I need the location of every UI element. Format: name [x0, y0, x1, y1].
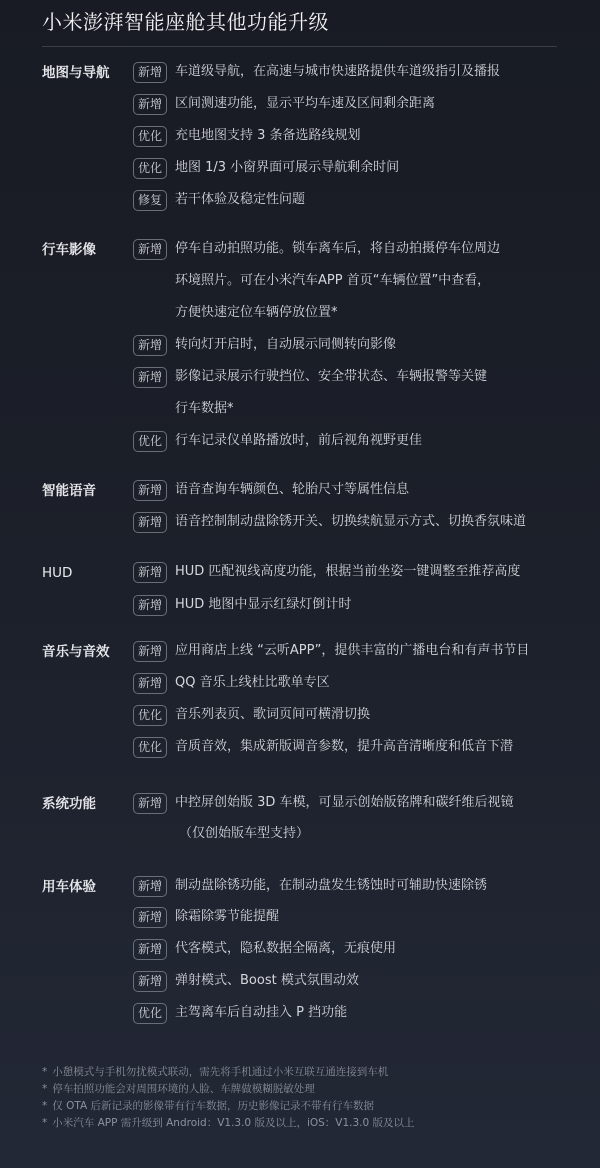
tag-badge: 新增: [133, 94, 167, 115]
feature-text: （仅创始版车型支持）: [179, 823, 309, 845]
footnote: *小憩模式与手机勿扰模式联动，需先将手机通过小米互联互通连接到车机: [42, 1064, 600, 1081]
tag-badge: 新增: [133, 62, 167, 83]
feature-text: 行车数据*: [175, 398, 234, 420]
category-label: 行车影像: [42, 239, 96, 261]
footnote: *仅 OTA 后新记录的影像带有行车数据，历史影像记录不带有行车数据: [42, 1098, 600, 1115]
tag-badge: 优化: [133, 1003, 167, 1024]
feature-text: 行车记录仪单路播放时，前后视角视野更佳: [175, 430, 422, 452]
category-label: 地图与导航: [42, 62, 110, 84]
category-label: HUD: [42, 562, 72, 584]
footnote-marker: *: [42, 1083, 47, 1095]
tag-badge: 优化: [133, 737, 167, 758]
feature-text: 影像记录展示行驶挡位、安全带状态、车辆报警等关键: [175, 366, 487, 388]
feature-text: 区间测速功能，显示平均车速及区间剩余距离: [175, 93, 435, 115]
tag-badge: 新增: [133, 367, 167, 388]
feature-text: 主驾离车后自动挂入 P 挡功能: [175, 1002, 347, 1024]
footnote: *停车拍照功能会对周围环境的人脸、车牌做模糊脱敏处理: [42, 1081, 600, 1098]
footnote-marker: *: [42, 1100, 47, 1112]
page-title: 小米澎湃智能座舱其他功能升级: [42, 6, 329, 35]
feature-text: 语音查询车辆颜色、轮胎尺寸等属性信息: [175, 479, 409, 501]
feature-text: QQ 音乐上线杜比歌单专区: [175, 672, 330, 694]
feature-text: 充电地图支持 3 条备选路线规划: [175, 125, 361, 147]
feature-text: HUD 地图中显示红绿灯倒计时: [175, 594, 351, 616]
feature-text: 音质音效，集成新版调音参数，提升高音清晰度和低音下潜: [175, 736, 513, 758]
feature-text: 制动盘除锈功能，在制动盘发生锈蚀时可辅助快速除锈: [175, 875, 487, 897]
tag-badge: 新增: [133, 512, 167, 533]
tag-badge: 新增: [133, 641, 167, 662]
tag-badge: 优化: [133, 158, 167, 179]
footnotes: *小憩模式与手机勿扰模式联动，需先将手机通过小米互联互通连接到车机 *停车拍照功…: [42, 1064, 600, 1132]
feature-text: 转向灯开启时，自动展示同侧转向影像: [175, 334, 396, 356]
tag-badge: 新增: [133, 595, 167, 616]
title-divider: [42, 46, 557, 47]
tag-badge: 新增: [133, 562, 167, 583]
footnote-text: 小憩模式与手机勿扰模式联动，需先将手机通过小米互联互通连接到车机: [52, 1066, 388, 1078]
tag-badge: 优化: [133, 431, 167, 452]
tag-badge: 新增: [133, 939, 167, 960]
feature-text: 方便快速定位车辆停放位置*: [175, 302, 338, 324]
feature-text: 代客模式，隐私数据全隔离，无痕使用: [175, 938, 396, 960]
footnote-text: 小米汽车 APP 需升级到 Android：V1.3.0 版及以上，iOS：V1…: [52, 1117, 414, 1129]
tag-badge: 新增: [133, 480, 167, 501]
footnote-text: 仅 OTA 后新记录的影像带有行车数据，历史影像记录不带有行车数据: [52, 1100, 374, 1112]
feature-text: 地图 1/3 小窗界面可展示导航剩余时间: [175, 157, 399, 179]
category-label: 用车体验: [42, 876, 96, 898]
feature-text: 弹射模式、Boost 模式氛围动效: [175, 970, 359, 992]
feature-text: 中控屏创始版 3D 车模，可显示创始版铭牌和碳纤维后视镜: [175, 792, 514, 814]
feature-text: 除霜除雾节能提醒: [175, 906, 279, 928]
footnote: *小米汽车 APP 需升级到 Android：V1.3.0 版及以上，iOS：V…: [42, 1115, 600, 1132]
tag-badge: 新增: [133, 239, 167, 260]
category-label: 系统功能: [42, 793, 96, 815]
tag-badge: 新增: [133, 673, 167, 694]
feature-text: 若干体验及稳定性问题: [175, 189, 305, 211]
feature-text: HUD 匹配视线高度功能，根据当前坐姿一键调整至推荐高度: [175, 561, 520, 583]
feature-text: 音乐列表页、歌词页间可横滑切换: [175, 704, 370, 726]
tag-badge: 新增: [133, 793, 167, 814]
tag-badge: 新增: [133, 907, 167, 928]
tag-badge: 新增: [133, 971, 167, 992]
footnote-text: 停车拍照功能会对周围环境的人脸、车牌做模糊脱敏处理: [52, 1083, 315, 1095]
category-label: 智能语音: [42, 480, 96, 502]
feature-text: 车道级导航，在高速与城市快速路提供车道级指引及播报: [175, 61, 500, 83]
tag-badge: 新增: [133, 335, 167, 356]
feature-text: 语音控制制动盘除锈开关、切换续航显示方式、切换香氛味道: [175, 511, 526, 533]
feature-text: 应用商店上线 “云听APP”，提供丰富的广播电台和有声书节目: [175, 640, 529, 662]
feature-text: 环境照片。可在小米汽车APP 首页“车辆位置”中查看，: [175, 270, 490, 292]
category-label: 音乐与音效: [42, 641, 110, 663]
feature-text: 停车自动拍照功能。锁车离车后，将自动拍摄停车位周边: [175, 238, 500, 260]
tag-badge: 修复: [133, 190, 167, 211]
footnote-marker: *: [42, 1117, 47, 1129]
tag-badge: 新增: [133, 876, 167, 897]
footnote-marker: *: [42, 1066, 47, 1078]
tag-badge: 优化: [133, 705, 167, 726]
tag-badge: 优化: [133, 126, 167, 147]
